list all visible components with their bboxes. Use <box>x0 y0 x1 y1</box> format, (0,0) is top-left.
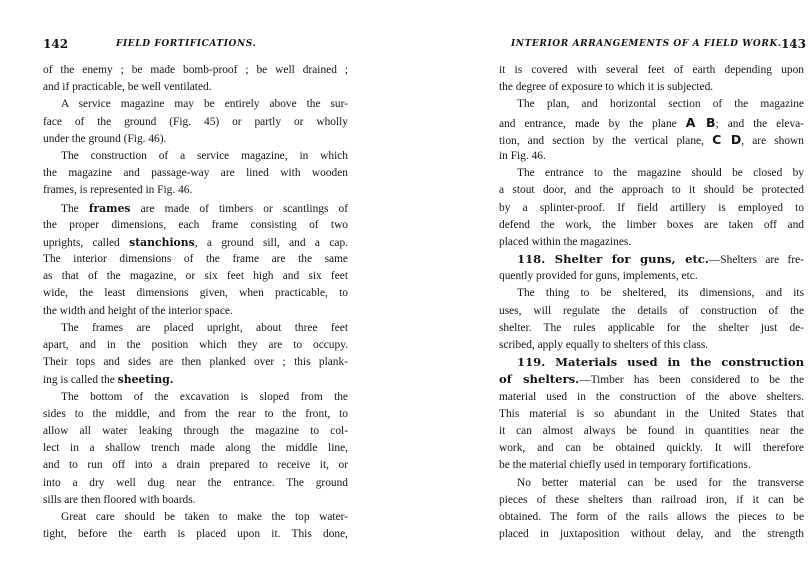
running-title: INTERIOR ARRANGEMENTS OF A FIELD WORK. <box>511 36 782 52</box>
text-line: shelter. The rules applicable for the sh… <box>499 320 804 337</box>
text-line: obtained. The form of the rails allows t… <box>499 509 804 526</box>
line-text: , a ground sill, and a cap. <box>195 237 348 249</box>
line-text: The bottom of the excavation is sloped f… <box>61 391 348 403</box>
section-heading-line: of shelters.—Timber has been considered … <box>499 371 804 388</box>
line-text: sides to the middle, and from the rear t… <box>43 408 348 420</box>
page-number: 142 <box>43 36 68 52</box>
text-line: The frames are made of timbers or scantl… <box>43 200 348 217</box>
text-line: pieces of these shelters than railroad i… <box>499 492 804 509</box>
line-text: of the enemy ; be made bomb-proof ; be w… <box>43 64 348 76</box>
line-text: in Fig. 46. <box>499 150 546 162</box>
section-heading: 119. Materials used in the construction <box>517 355 804 369</box>
line-text: as that of the magazine, or six feet hig… <box>43 270 348 282</box>
text-line: sills are then floored with boards. <box>43 492 348 509</box>
section-heading: 118. Shelter for guns, etc. <box>517 252 709 266</box>
text-line: frames, is represented in Fig. 46. <box>43 182 348 199</box>
plane-label: A B <box>686 115 716 130</box>
text-line: Great care should be taken to make the t… <box>43 509 348 526</box>
text-line: into a dry well dug near the entrance. T… <box>43 475 348 492</box>
text-line: a stout door, and the approach to it sho… <box>499 182 804 199</box>
text-line: it can almost always be found in quantit… <box>499 423 804 440</box>
line-text: work, and can be obtained quickly. It wi… <box>499 442 804 454</box>
text-line: uprights, called stanchions, a ground si… <box>43 234 348 251</box>
line-text: material used in the construction of the… <box>499 391 804 403</box>
text-line: The plan, and horizontal section of the … <box>499 96 804 113</box>
text-line: be the material chiefly used in temporar… <box>499 457 804 474</box>
text-line: A service magazine may be entirely above… <box>43 96 348 113</box>
text-line: Their tops and sides are then planked ov… <box>43 354 348 371</box>
line-text: uprights, called <box>43 237 129 249</box>
text-line: and to run off into a drain prepared to … <box>43 457 348 474</box>
text-line: of the enemy ; be made bomb-proof ; be w… <box>43 62 348 79</box>
line-text: —Shelters are fre- <box>709 254 804 266</box>
line-text: —Timber has been considered to be the <box>579 374 804 386</box>
text-line: quently provided for guns, implements, e… <box>499 268 804 285</box>
text-line: wide, the least dimensions given, when p… <box>43 285 348 302</box>
text-line: ing is called the sheeting. <box>43 371 348 388</box>
line-text: quently provided for guns, implements, e… <box>499 270 698 282</box>
bold-term: frames <box>89 202 131 215</box>
text-line: The construction of a service magazine, … <box>43 148 348 165</box>
line-text: Great care should be taken to make the t… <box>61 511 348 523</box>
line-text: No better material can be used for the t… <box>517 477 804 489</box>
text-line: the width and height of the interior spa… <box>43 303 348 320</box>
line-text: The plan, and horizontal section of the … <box>517 98 804 110</box>
text-line: scribed, apply equally to shelters of th… <box>499 337 804 354</box>
line-text: The interior dimensions of the frame are… <box>43 253 348 265</box>
text-line: placed within the magazines. <box>499 234 804 251</box>
text-line: material used in the construction of the… <box>499 389 804 406</box>
line-text: the proper dimensions, each frame consis… <box>43 219 348 231</box>
line-text: are made of timbers or scantlings of <box>131 203 348 215</box>
line-text: and to run off into a drain prepared to … <box>43 459 348 471</box>
line-text: frames, is represented in Fig. 46. <box>43 184 192 196</box>
line-text: apart, and in the position which they ar… <box>43 339 348 351</box>
text-line: No better material can be used for the t… <box>499 475 804 492</box>
line-text: the magazine and passage-way are lined w… <box>43 167 348 179</box>
line-text: a stout door, and the approach to it sho… <box>499 184 804 196</box>
text-line: The interior dimensions of the frame are… <box>43 251 348 268</box>
text-line: lect in a shallow trench made along the … <box>43 440 348 457</box>
line-text: wide, the least dimensions given, when p… <box>43 287 348 299</box>
text-line: it is covered with several feet of earth… <box>499 62 804 79</box>
text-line: placed in juxtaposition without delay, a… <box>499 526 804 543</box>
text-line: tion, and section by the vertical plane,… <box>499 131 804 148</box>
page-header: INTERIOR ARRANGEMENTS OF A FIELD WORK. 1… <box>499 36 804 52</box>
section-heading: of shelters. <box>499 372 579 386</box>
line-text: shelter. The rules applicable for the sh… <box>499 322 804 334</box>
line-text: The frames are placed upright, about thr… <box>61 322 348 334</box>
text-line: The thing to be sheltered, its dimension… <box>499 285 804 302</box>
bold-term: stanchions <box>129 236 195 249</box>
line-text: The construction of a service magazine, … <box>61 150 348 162</box>
line-text: defend the work, the limber boxes are ta… <box>499 219 804 231</box>
line-text: and if practicable, be well ventilated. <box>43 81 212 93</box>
line-text: placed in juxtaposition without delay, a… <box>499 528 804 540</box>
text-line: uses, will regulate the details of const… <box>499 303 804 320</box>
text-line: work, and can be obtained quickly. It wi… <box>499 440 804 457</box>
line-text: the degree of exposure to which it is su… <box>499 81 713 93</box>
line-text: and entrance, made by the plane <box>499 118 686 130</box>
section-heading-line: 119. Materials used in the construction <box>499 354 804 371</box>
line-text: pieces of these shelters than railroad i… <box>499 494 804 506</box>
text-line: apart, and in the position which they ar… <box>43 337 348 354</box>
line-text: The entrance to the magazine should be c… <box>517 167 804 179</box>
line-text: the width and height of the interior spa… <box>43 305 233 317</box>
text-line: the proper dimensions, each frame consis… <box>43 217 348 234</box>
line-text: by a splinter-proof. If field artillery … <box>499 202 804 214</box>
text-line: tight, before the earth is placed upon i… <box>43 526 348 543</box>
line-text: The thing to be sheltered, its dimension… <box>517 287 804 299</box>
line-text: obtained. The form of the rails allows t… <box>499 511 804 523</box>
line-text: sills are then floored with boards. <box>43 494 195 506</box>
text-line: as that of the magazine, or six feet hig… <box>43 268 348 285</box>
text-line: defend the work, the limber boxes are ta… <box>499 217 804 234</box>
text-line: sides to the middle, and from the rear t… <box>43 406 348 423</box>
line-text: it can almost always be found in quantit… <box>499 425 804 437</box>
bold-term: sheeting. <box>118 373 174 386</box>
text-line: The entrance to the magazine should be c… <box>499 165 804 182</box>
text-line: in Fig. 46. <box>499 148 804 165</box>
line-text: under the ground (Fig. 46). <box>43 133 166 145</box>
plane-label: C D <box>712 132 741 147</box>
line-text: This material is so abundant in the Unit… <box>499 408 804 420</box>
line-text: Their tops and sides are then planked ov… <box>43 356 348 368</box>
line-text: uses, will regulate the details of const… <box>499 305 804 317</box>
text-line: the magazine and passage-way are lined w… <box>43 165 348 182</box>
running-title: FIELD FORTIFICATIONS. <box>116 36 256 52</box>
page-body: of the enemy ; be made bomb-proof ; be w… <box>43 62 348 543</box>
line-text: tight, before the earth is placed upon i… <box>43 528 348 540</box>
line-text: The <box>61 203 89 215</box>
page-body: it is covered with several feet of earth… <box>499 62 804 543</box>
text-line: allow all water leaking through the maga… <box>43 423 348 440</box>
line-text: scribed, apply equally to shelters of th… <box>499 339 708 351</box>
line-text: ; and the eleva- <box>716 118 804 130</box>
text-line: and entrance, made by the plane A B; and… <box>499 114 804 131</box>
text-line: and if practicable, be well ventilated. <box>43 79 348 96</box>
line-text: A service magazine may be entirely above… <box>61 98 348 110</box>
text-line: This material is so abundant in the Unit… <box>499 406 804 423</box>
line-text: ing is called the <box>43 374 118 386</box>
line-text: face of the ground (Fig. 45) or partly o… <box>43 116 348 128</box>
text-line: under the ground (Fig. 46). <box>43 131 348 148</box>
line-text: into a dry well dug near the entrance. T… <box>43 477 348 489</box>
text-line: The frames are placed upright, about thr… <box>43 320 348 337</box>
line-text: lect in a shallow trench made along the … <box>43 442 348 454</box>
line-text: allow all water leaking through the maga… <box>43 425 348 437</box>
line-text: it is covered with several feet of earth… <box>499 64 804 76</box>
line-text: placed within the magazines. <box>499 236 631 248</box>
line-text: tion, and section by the vertical plane, <box>499 135 712 147</box>
text-line: The bottom of the excavation is sloped f… <box>43 389 348 406</box>
text-line: by a splinter-proof. If field artillery … <box>499 200 804 217</box>
section-heading-line: 118. Shelter for guns, etc.—Shelters are… <box>499 251 804 268</box>
line-text: be the material chiefly used in temporar… <box>499 459 751 471</box>
page-header: 142 FIELD FORTIFICATIONS. <box>43 36 348 52</box>
line-text: , are shown <box>741 135 804 147</box>
text-line: face of the ground (Fig. 45) or partly o… <box>43 114 348 131</box>
page-number: 143 <box>781 36 806 52</box>
text-line: the degree of exposure to which it is su… <box>499 79 804 96</box>
